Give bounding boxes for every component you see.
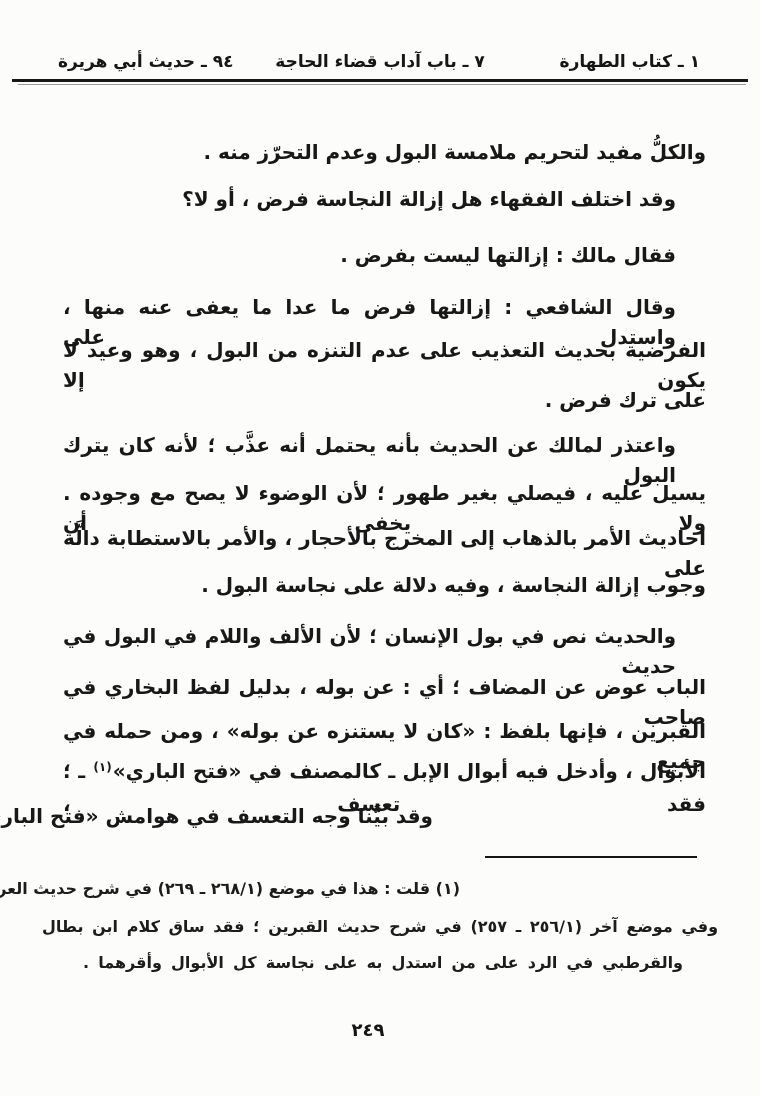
body-line: وقد بيَّنا وجه التعسف في هوامش «فتح البا… <box>0 801 433 831</box>
footnote-line: (١) قلت : هذا في موضع (٢٦٨/١ ـ ٢٦٩) في ش… <box>0 877 460 901</box>
footnote-reference-marker: (١) <box>92 760 112 774</box>
body-line-text: الأبوال ، وأدخل فيه أبوال الإبل ـ كالمصن… <box>113 759 706 783</box>
footnote-line: والقرطبي في الرد على من استدل به على نجا… <box>83 951 683 975</box>
page-number: ٢٤٩ <box>0 1020 736 1041</box>
body-line: وجوب إزالة النجاسة ، وفيه دلالة على نجاس… <box>201 570 706 600</box>
body-line: فقال مالك : إزالتها ليست بفرض . <box>340 240 676 270</box>
footnote-line: وفي موضع آخر (٢٥٦/١ ـ ٢٥٧) في شرح حديث ا… <box>42 915 718 939</box>
footnote-separator-rule <box>485 856 697 858</box>
body-line: على ترك فرض . <box>545 385 706 415</box>
header-hadith-title: ٩٤ ـ حديث أبي هريرة <box>58 52 233 72</box>
scanned-book-page: ١ ـ كتاب الطهارة ٧ ـ باب آداب قضاء الحاج… <box>0 0 760 1096</box>
body-line: وقد اختلف الفقهاء هل إزالة النجاسة فرض ،… <box>182 184 676 214</box>
body-line: والكلُّ مفيد لتحريم ملامسة البول وعدم ال… <box>203 137 706 167</box>
header-rule <box>12 79 748 82</box>
